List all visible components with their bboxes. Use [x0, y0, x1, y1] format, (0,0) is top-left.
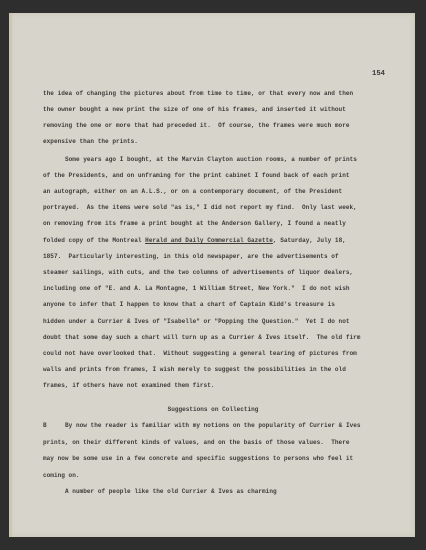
- text-line: an autograph, either on an A.L.S., or on…: [43, 188, 342, 196]
- text-line: may now be some use in a few concrete an…: [43, 455, 353, 463]
- text-line: hidden under a Currier & Ives of "Isabel…: [43, 318, 350, 326]
- text-line: the owner bought a new print the size of…: [43, 106, 346, 114]
- text-line: including one of "E. and A. La Montagne,…: [43, 285, 350, 293]
- text-segment: folded copy of the Montreal: [43, 237, 145, 244]
- text-line: A number of people like the old Currier …: [65, 488, 277, 496]
- paragraph-marker: B: [43, 422, 47, 430]
- section-heading: Suggestions on Collecting: [0, 406, 426, 413]
- text-line: frames, if others have not examined them…: [43, 382, 215, 390]
- text-line: Some years ago I bought, at the Marvin C…: [65, 156, 357, 164]
- text-line: of the Presidents, and on unframing for …: [43, 172, 350, 180]
- text-line: could not have overlooked that. Without …: [43, 350, 357, 358]
- text-line: By now the reader is familiar with my no…: [65, 422, 361, 430]
- text-line: the idea of changing the pictures about …: [43, 90, 353, 98]
- text-line: anyone to infer that I happen to know th…: [43, 301, 335, 309]
- newspaper-title: Herald and Daily Commercial Gazette: [145, 237, 273, 244]
- text-line: doubt that some day such a chart will tu…: [43, 334, 360, 342]
- text-line: portrayed. As the items were sold "as is…: [43, 204, 357, 212]
- text-segment: , Saturday, July 18,: [273, 237, 346, 244]
- text-line: 1857. Particularly interesting, in this …: [43, 253, 339, 261]
- text-line: expensive than the prints.: [43, 138, 138, 146]
- text-line-with-newspaper-title: folded copy of the Montreal Herald and D…: [43, 237, 346, 245]
- text-line: steamer sailings, with cuts, and the two…: [43, 269, 353, 277]
- text-line: on removing from its frame a print bough…: [43, 220, 346, 228]
- text-line: walls and prints from frames, I wish mer…: [43, 366, 346, 374]
- text-line: prints, on their different kinds of valu…: [43, 439, 350, 447]
- page-number: 154: [372, 70, 385, 78]
- text-line: coming on.: [43, 472, 80, 480]
- text-line: removing the one or more that had preced…: [43, 122, 350, 130]
